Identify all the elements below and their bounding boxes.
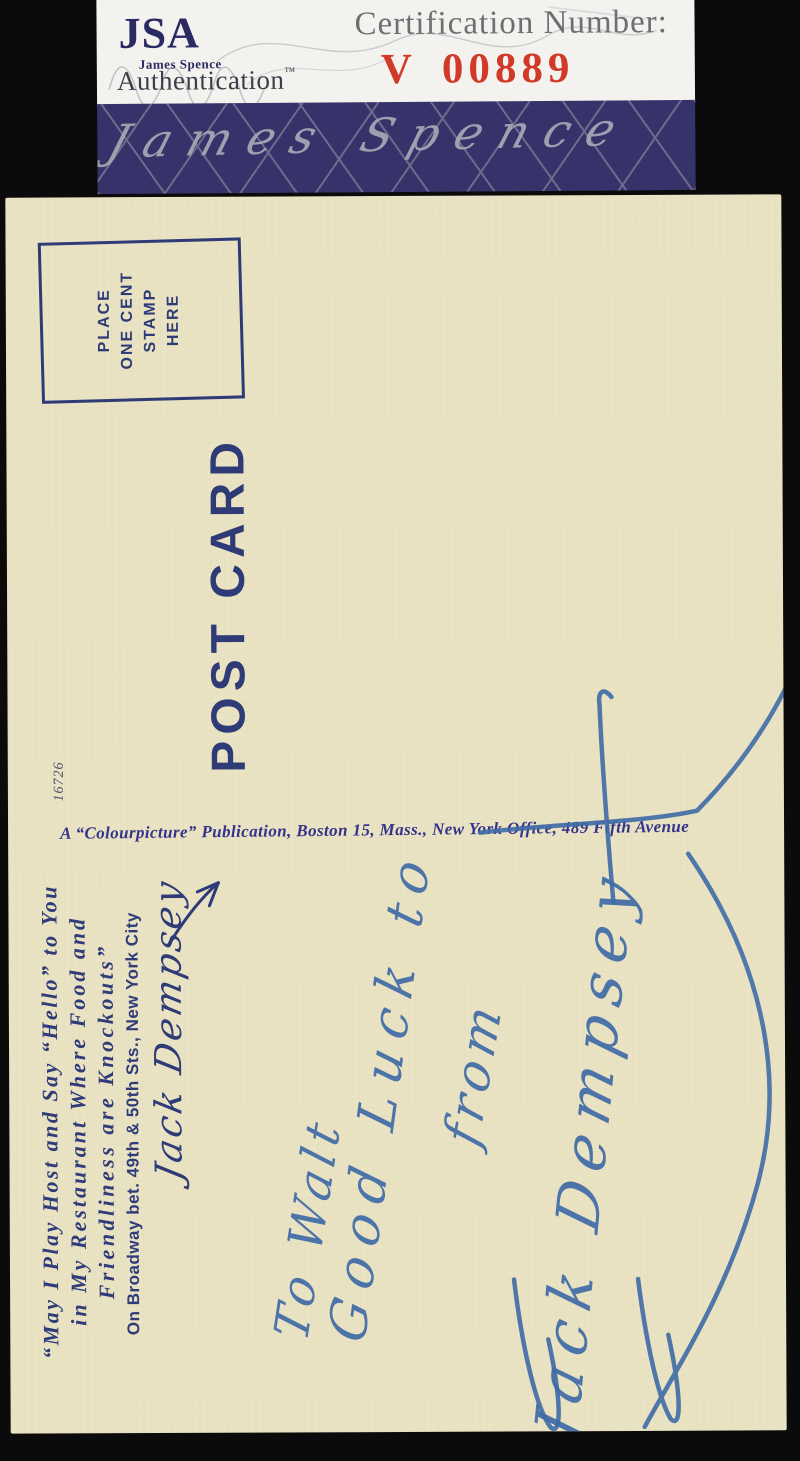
jsa-authentication-text: Authentication — [117, 65, 285, 96]
photo-background: JSA James Spence Authentication™ Certifi… — [0, 0, 800, 1461]
jsa-label-white-band: JSA James Spence Authentication™ Certifi… — [96, 0, 695, 107]
jsa-logo-authentication: Authentication™ — [117, 67, 296, 95]
stamp-line: ONE CENT — [116, 256, 140, 384]
certification-number-value: V 00889 — [381, 47, 575, 91]
stamp-line: STAMP — [139, 256, 163, 384]
promo-quote-line-2: in My Restaurant Where Food and — [64, 878, 92, 1363]
restaurant-address-line: On Broadway bet. 49th & 50th Sts., New Y… — [122, 876, 144, 1371]
jsa-certification-label: JSA James Spence Authentication™ Certifi… — [96, 0, 695, 194]
stamp-line: PLACE — [93, 256, 117, 384]
printed-facsimile-signature: Jack Dempsey — [146, 869, 190, 1190]
certification-number-label: Certification Number: — [354, 6, 668, 41]
promo-quote-line-1: “May I Play Host and Say “Hello” to You — [36, 861, 64, 1381]
stamp-box-text: PLACE ONE CENT STAMP HERE — [93, 256, 186, 384]
postcard: PLACE ONE CENT STAMP HERE POST CARD 1672… — [5, 194, 786, 1433]
post-card-heading: POST CARD — [200, 469, 256, 773]
stamp-line: HERE — [162, 256, 186, 384]
trademark-symbol: ™ — [284, 66, 295, 78]
card-serial-number: 16726 — [52, 745, 68, 801]
publisher-imprint-line: A “Colourpicture” Publication, Boston 15… — [60, 816, 760, 844]
jsa-label-navy-band: James Spence — [97, 100, 696, 194]
promo-quote-line-3: Friendliness are Knockouts” — [92, 901, 120, 1341]
inscription-from: from — [433, 898, 529, 1152]
jsa-logo: JSA — [118, 11, 200, 56]
